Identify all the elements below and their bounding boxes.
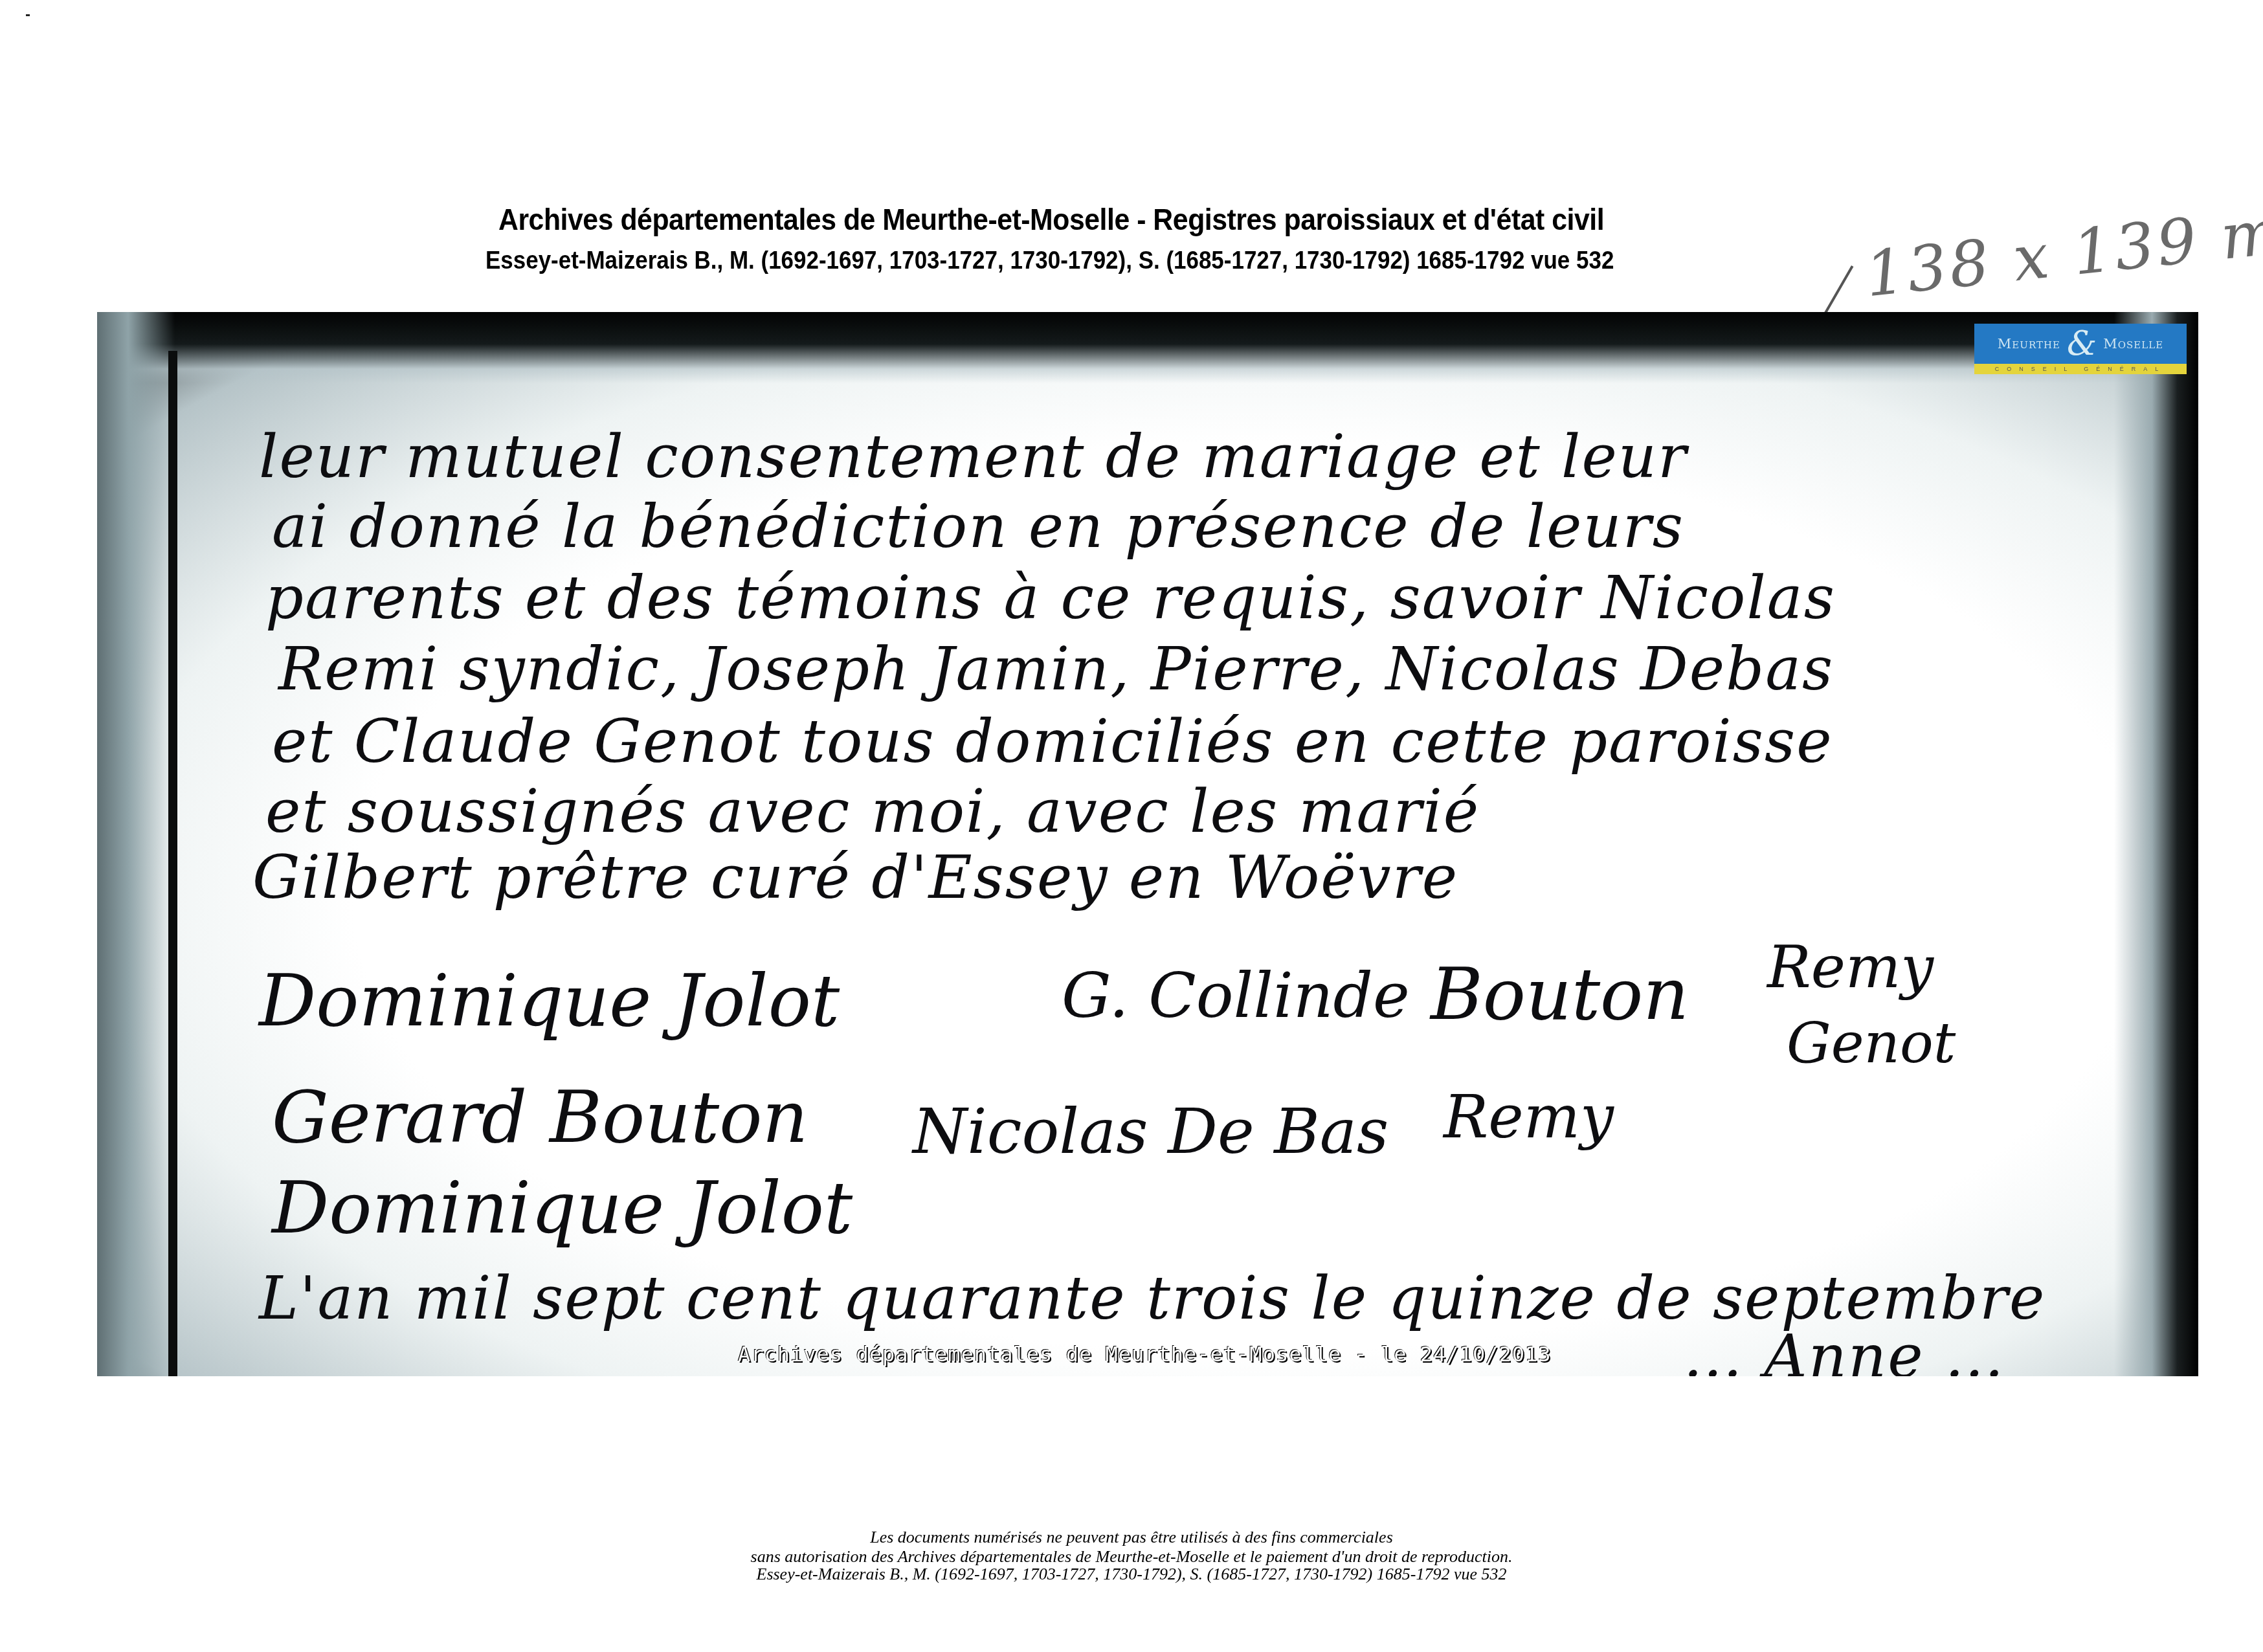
signature: Genot xyxy=(1787,1011,1956,1076)
scan-left-edge xyxy=(97,312,175,1376)
manuscript-line: leur mutuel consentement de mariage et l… xyxy=(259,422,1688,491)
archive-watermark: Archives départementales de Meurthe-et-M… xyxy=(738,1342,1551,1367)
meurthe-et-moselle-logo: Meurthe & Moselle CONSEIL GÉNÉRAL xyxy=(1974,324,2187,377)
footer-authorization-notice: sans autorisation des Archives départeme… xyxy=(0,1547,2263,1567)
footer-usage-notice: Les documents numérisés ne peuvent pas ê… xyxy=(0,1528,2263,1547)
register-reference: Essey-et-Maizerais B., M. (1692-1697, 17… xyxy=(485,247,1677,275)
scan-right-edge xyxy=(2114,312,2198,1376)
signature: Bouton xyxy=(1431,953,1689,1036)
page-title: Archives départementales de Meurthe-et-M… xyxy=(498,202,1702,237)
scan-speck xyxy=(26,14,30,16)
manuscript-line: ai donné la bénédiction en présence de l… xyxy=(272,492,1684,561)
logo-yellow-band: CONSEIL GÉNÉRAL xyxy=(1974,364,2187,374)
page-binding-line xyxy=(168,351,177,1376)
logo-text-left: Meurthe xyxy=(1998,336,2060,352)
signature: Nicolas De Bas xyxy=(913,1095,1388,1168)
logo-blue-band: Meurthe & Moselle xyxy=(1974,324,2187,364)
manuscript-line: Gilbert prêtre curé d'Essey en Woëvre xyxy=(252,843,1458,912)
pencil-dimension-note: 138 x 139 mm xyxy=(1862,189,2263,311)
logo-text-right: Moselle xyxy=(2103,336,2163,352)
manuscript-line: parents et des témoins à ce requis, savo… xyxy=(265,563,1836,632)
manuscript-line: et soussignés avec moi, avec les marié xyxy=(265,777,1480,846)
next-entry-line: … Anne … xyxy=(1683,1322,2005,1376)
manuscript-scan: Meurthe & Moselle CONSEIL GÉNÉRAL leur m… xyxy=(97,312,2198,1376)
signature: Gerard Bouton xyxy=(272,1076,808,1159)
signature: Remy xyxy=(1444,1082,1614,1152)
manuscript-line: et Claude Genot tous domiciliés en cette… xyxy=(272,707,1833,776)
scan-top-shadow xyxy=(97,312,2198,383)
ampersand-icon: & xyxy=(2067,327,2097,361)
manuscript-line: Remi syndic, Joseph Jamin, Pierre, Nicol… xyxy=(278,634,1834,704)
signature: Remy xyxy=(1767,933,1934,1001)
signature: G. Collinde xyxy=(1062,959,1410,1032)
signature: Dominique Jolot xyxy=(272,1166,853,1249)
footer-register-reference: Essey-et-Maizerais B., M. (1692-1697, 17… xyxy=(0,1565,2263,1584)
signature: Dominique Jolot xyxy=(259,959,840,1042)
